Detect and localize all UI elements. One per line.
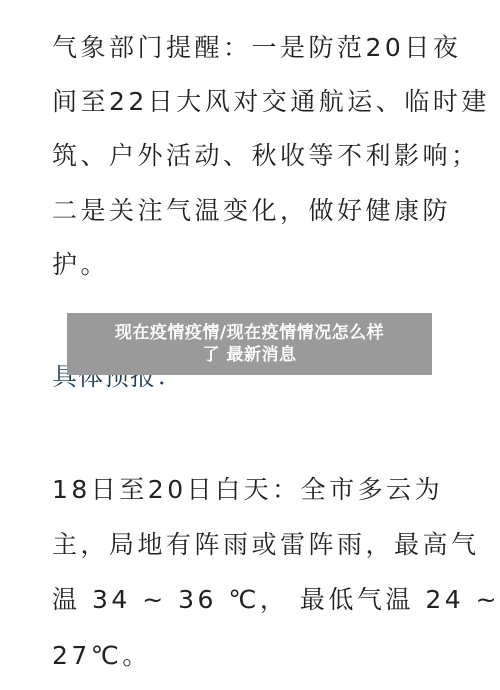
paragraph-1-line-5: 护。: [52, 250, 462, 280]
paragraph-1-line-2: 间至22日大风对交通航运、临时建: [52, 87, 462, 117]
paragraph-2-line-4: 27℃。: [52, 641, 462, 671]
article-page: 气象部门提醒：一是防范20日夜 间至22日大风对交通航运、临时建 筑、户外活动、…: [0, 0, 500, 690]
paragraph-1-line-3: 筑、户外活动、秋收等不利影响；: [52, 141, 462, 171]
paragraph-2-line-3: 温 34 ~ 36 ℃， 最低气温 24 ~: [52, 585, 462, 615]
banner-title-line-1: 现在疫情疫情/现在疫情情况怎么样: [115, 322, 384, 344]
banner-title-line-2: 了 最新消息: [203, 344, 297, 366]
overlay-title-banner: 现在疫情疫情/现在疫情情况怎么样 了 最新消息: [67, 313, 432, 375]
paragraph-1-line-1: 气象部门提醒：一是防范20日夜: [52, 33, 462, 63]
paragraph-2-line-2: 主，局地有阵雨或雷阵雨，最高气: [52, 530, 462, 560]
paragraph-1-line-4: 二是关注气温变化，做好健康防: [52, 196, 462, 226]
paragraph-2-line-1: 18日至20日白天：全市多云为: [52, 475, 462, 505]
